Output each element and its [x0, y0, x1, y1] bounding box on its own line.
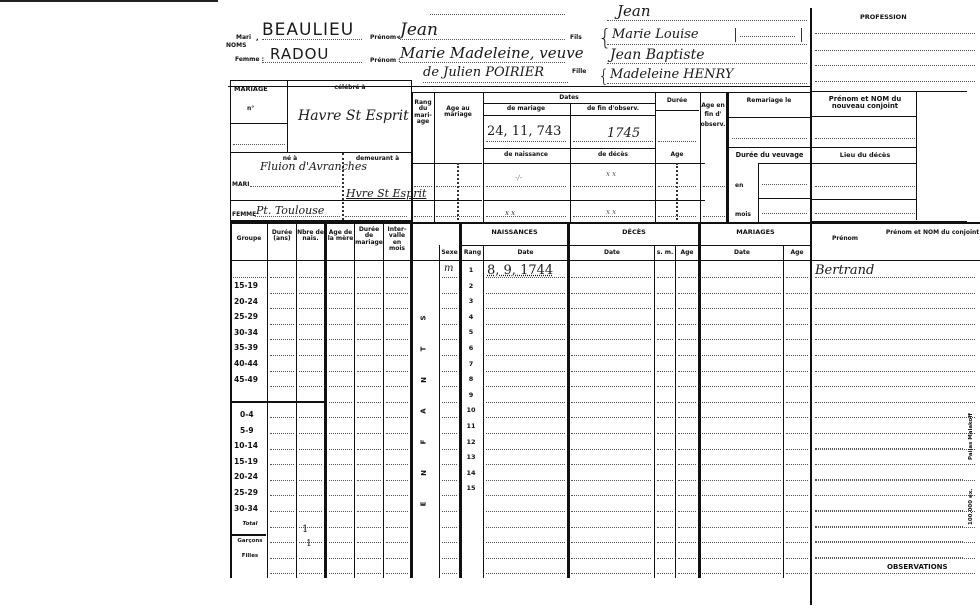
- entry-line[interactable]: [357, 480, 381, 481]
- entry-line[interactable]: [815, 339, 975, 340]
- entry-line[interactable]: [329, 495, 352, 496]
- entry-line[interactable]: [786, 495, 808, 496]
- fils-line3[interactable]: Jean Baptiste: [610, 47, 705, 63]
- entry-line[interactable]: [329, 449, 352, 450]
- entry-line[interactable]: [702, 339, 781, 340]
- entry-line[interactable]: [702, 542, 781, 543]
- child-1-sexe[interactable]: m: [444, 263, 453, 274]
- entry-line[interactable]: [270, 417, 294, 418]
- entry-line[interactable]: [442, 324, 457, 325]
- entry-line[interactable]: [442, 277, 457, 278]
- entry-line[interactable]: [299, 511, 322, 512]
- entry-line[interactable]: [329, 417, 352, 418]
- entry-line[interactable]: [657, 511, 673, 512]
- entry-line[interactable]: [678, 308, 696, 309]
- entry-line[interactable]: [702, 355, 781, 356]
- entry-line[interactable]: [702, 308, 781, 309]
- entry-line[interactable]: [815, 527, 975, 528]
- observation-line[interactable]: [815, 386, 963, 387]
- entry-line[interactable]: [299, 293, 322, 294]
- entry-line[interactable]: [386, 277, 408, 278]
- entry-line[interactable]: [786, 324, 808, 325]
- entry-line[interactable]: [786, 308, 808, 309]
- entry-line[interactable]: [657, 480, 673, 481]
- entry-line[interactable]: [678, 480, 696, 481]
- entry-line[interactable]: [678, 527, 696, 528]
- entry-line[interactable]: [678, 495, 696, 496]
- entry-line[interactable]: [329, 371, 352, 372]
- entry-line[interactable]: [657, 417, 673, 418]
- entry-line[interactable]: [657, 277, 673, 278]
- entry-line[interactable]: [442, 386, 457, 387]
- entry-line[interactable]: [486, 542, 565, 543]
- entry-line[interactable]: [486, 417, 565, 418]
- entry-line[interactable]: [270, 293, 294, 294]
- entry-line[interactable]: [299, 449, 322, 450]
- entry-line[interactable]: [678, 464, 696, 465]
- entry-line[interactable]: [702, 511, 781, 512]
- entry-line[interactable]: [678, 386, 696, 387]
- entry-line[interactable]: [299, 573, 322, 574]
- entry-line[interactable]: [357, 371, 381, 372]
- entry-line[interactable]: [357, 573, 381, 574]
- entry-line[interactable]: [442, 308, 457, 309]
- entry-line[interactable]: [386, 386, 408, 387]
- entry-line[interactable]: [678, 511, 696, 512]
- entry-line[interactable]: [657, 573, 673, 574]
- entry-line[interactable]: [386, 464, 408, 465]
- entry-line[interactable]: [299, 355, 322, 356]
- entry-line[interactable]: [657, 449, 673, 450]
- entry-line[interactable]: [486, 480, 565, 481]
- entry-line[interactable]: [571, 527, 651, 528]
- group-30-34: 30-34: [234, 328, 258, 337]
- observation-line[interactable]: [815, 464, 963, 465]
- entry-line[interactable]: [786, 573, 808, 574]
- entry-line[interactable]: [442, 542, 457, 543]
- entry-line[interactable]: [270, 480, 294, 481]
- entry-line[interactable]: [657, 386, 673, 387]
- entry-line[interactable]: [386, 339, 408, 340]
- entry-line[interactable]: [329, 293, 352, 294]
- entry-line[interactable]: [329, 324, 352, 325]
- entry-line[interactable]: [386, 308, 408, 309]
- entry-line[interactable]: [386, 293, 408, 294]
- col-duree: Durée (ans): [268, 230, 296, 243]
- entry-line[interactable]: [702, 277, 781, 278]
- entry-line[interactable]: [657, 433, 673, 434]
- entry-line[interactable]: [442, 558, 457, 559]
- garcons-nbre[interactable]: 1: [306, 539, 312, 549]
- group-25-29: 25-29: [234, 488, 258, 497]
- entry-line[interactable]: [270, 573, 294, 574]
- entry-line[interactable]: [786, 558, 808, 559]
- entry-line[interactable]: [657, 339, 673, 340]
- observation-line[interactable]: [815, 448, 963, 449]
- entry-line[interactable]: [486, 308, 565, 309]
- entry-line[interactable]: [657, 464, 673, 465]
- entry-line[interactable]: [329, 480, 352, 481]
- entry-line[interactable]: [815, 371, 975, 372]
- rang-3: 3: [465, 297, 477, 305]
- observations-label: OBSERVATIONS: [887, 563, 948, 571]
- celebre-label: célébré à: [300, 85, 400, 91]
- mari-demeurant[interactable]: Hvre St Esprit: [346, 187, 426, 200]
- entry-line[interactable]: [299, 386, 322, 387]
- entry-line[interactable]: [486, 339, 565, 340]
- mari-deces[interactable]: x x: [606, 170, 616, 178]
- entry-line[interactable]: [571, 355, 651, 356]
- femme-prenom[interactable]: Marie Madeleine, veuve: [400, 44, 584, 62]
- entry-line[interactable]: [571, 433, 651, 434]
- enfants-letter: E: [419, 502, 427, 507]
- entry-line[interactable]: [486, 449, 565, 450]
- fille-line[interactable]: Madeleine HENRY: [610, 67, 733, 82]
- entry-line[interactable]: [299, 480, 322, 481]
- observation-line[interactable]: [815, 417, 963, 418]
- entry-line[interactable]: [571, 480, 651, 481]
- entry-line[interactable]: [386, 542, 408, 543]
- entry-line[interactable]: [571, 371, 651, 372]
- entry-line[interactable]: [702, 464, 781, 465]
- entry-line[interactable]: [678, 371, 696, 372]
- entry-line[interactable]: [786, 511, 808, 512]
- entry-line[interactable]: [815, 449, 975, 450]
- entry-line[interactable]: [270, 464, 294, 465]
- entry-line[interactable]: [442, 339, 457, 340]
- entry-line[interactable]: [386, 324, 408, 325]
- entry-line[interactable]: [386, 417, 408, 418]
- entry-line[interactable]: [357, 355, 381, 356]
- entry-line[interactable]: [329, 355, 352, 356]
- femme-nom[interactable]: RADOU: [270, 45, 329, 63]
- entry-line[interactable]: [657, 402, 673, 403]
- entry-line[interactable]: [657, 558, 673, 559]
- entry-line[interactable]: [386, 449, 408, 450]
- entry-line[interactable]: [270, 527, 294, 528]
- entry-line[interactable]: [270, 371, 294, 372]
- entry-line[interactable]: [571, 277, 651, 278]
- entry-line[interactable]: [442, 293, 457, 294]
- entry-line[interactable]: [329, 511, 352, 512]
- entry-line[interactable]: [657, 495, 673, 496]
- entry-line[interactable]: [386, 527, 408, 528]
- entry-line[interactable]: [329, 402, 352, 403]
- entry-line[interactable]: [571, 339, 651, 340]
- entry-line[interactable]: [486, 371, 565, 372]
- entry-line[interactable]: [299, 339, 322, 340]
- entry-line[interactable]: [815, 511, 975, 512]
- entry-line[interactable]: [357, 277, 381, 278]
- entry-line[interactable]: [571, 558, 651, 559]
- entry-line[interactable]: [702, 495, 781, 496]
- entry-line[interactable]: [815, 324, 975, 325]
- entry-line[interactable]: [786, 417, 808, 418]
- entry-line[interactable]: [357, 402, 381, 403]
- entry-line[interactable]: [486, 464, 565, 465]
- observation-line[interactable]: [815, 510, 963, 511]
- entry-line[interactable]: [678, 542, 696, 543]
- child-1-prenom[interactable]: Bertrand: [815, 263, 874, 278]
- date-mariage[interactable]: 24, 11, 743: [487, 124, 561, 139]
- entry-line[interactable]: [357, 542, 381, 543]
- entry-line[interactable]: [329, 277, 352, 278]
- entry-line[interactable]: [786, 355, 808, 356]
- entry-line[interactable]: [657, 542, 673, 543]
- entry-line[interactable]: [571, 386, 651, 387]
- entry-line[interactable]: [299, 324, 322, 325]
- total-nbre[interactable]: 1: [302, 524, 308, 535]
- entry-line[interactable]: [357, 293, 381, 294]
- entry-line[interactable]: [657, 293, 673, 294]
- observation-line[interactable]: [815, 402, 963, 403]
- entry-line[interactable]: [329, 386, 352, 387]
- entry-line[interactable]: [270, 558, 294, 559]
- observation-line[interactable]: [815, 433, 963, 434]
- entry-line[interactable]: [357, 339, 381, 340]
- mari-nom[interactable]: BEAULIEU: [262, 20, 354, 40]
- entry-line[interactable]: [571, 293, 651, 294]
- entry-line[interactable]: [357, 527, 381, 528]
- entry-line[interactable]: [329, 464, 352, 465]
- entry-line[interactable]: [386, 495, 408, 496]
- entry-line[interactable]: [702, 558, 781, 559]
- entry-line[interactable]: [678, 324, 696, 325]
- entry-line[interactable]: [442, 417, 457, 418]
- entry-line[interactable]: [486, 433, 565, 434]
- entry-line[interactable]: [329, 339, 352, 340]
- femme-prenom-label: Prénom :: [370, 57, 401, 64]
- entry-line[interactable]: [442, 371, 457, 372]
- entry-line[interactable]: [299, 417, 322, 418]
- entry-line[interactable]: [571, 449, 651, 450]
- entry-line[interactable]: [486, 293, 565, 294]
- entry-line[interactable]: [571, 324, 651, 325]
- entry-line[interactable]: [270, 355, 294, 356]
- entry-line[interactable]: [442, 527, 457, 528]
- entry-line[interactable]: [386, 480, 408, 481]
- entry-line[interactable]: [815, 573, 975, 574]
- entry-line[interactable]: [386, 371, 408, 372]
- mari-ne-a[interactable]: Fluion d'Avranches: [260, 160, 367, 173]
- entry-line[interactable]: [442, 495, 457, 496]
- entry-line[interactable]: [357, 386, 381, 387]
- entry-line[interactable]: [486, 324, 565, 325]
- femme-deces[interactable]: x x: [606, 208, 616, 216]
- entry-line[interactable]: [386, 402, 408, 403]
- entry-line[interactable]: [299, 277, 322, 278]
- entry-line[interactable]: [786, 386, 808, 387]
- entry-line[interactable]: [702, 417, 781, 418]
- entry-line[interactable]: [815, 558, 975, 559]
- profession-divider: [810, 8, 812, 605]
- entry-line[interactable]: [678, 355, 696, 356]
- entry-line[interactable]: [815, 293, 975, 294]
- entry-line[interactable]: [386, 511, 408, 512]
- entry-line[interactable]: [329, 542, 352, 543]
- entry-line[interactable]: [357, 433, 381, 434]
- observation-line[interactable]: [815, 557, 963, 558]
- entry-line[interactable]: [357, 495, 381, 496]
- entry-line[interactable]: [786, 402, 808, 403]
- entry-line[interactable]: [786, 542, 808, 543]
- entry-line[interactable]: [270, 449, 294, 450]
- entry-line[interactable]: [678, 449, 696, 450]
- entry-line[interactable]: [233, 277, 266, 278]
- fils-label: Fils: [570, 34, 582, 41]
- entry-line[interactable]: [657, 527, 673, 528]
- entry-line[interactable]: [786, 371, 808, 372]
- entry-line[interactable]: [678, 293, 696, 294]
- entry-line[interactable]: [270, 511, 294, 512]
- entry-line[interactable]: [702, 449, 781, 450]
- entry-line[interactable]: [786, 449, 808, 450]
- entry-line[interactable]: [571, 308, 651, 309]
- entry-line[interactable]: [357, 558, 381, 559]
- entry-line[interactable]: [357, 324, 381, 325]
- entry-line[interactable]: [702, 573, 781, 574]
- observation-line[interactable]: [815, 495, 963, 496]
- entry-line[interactable]: [657, 355, 673, 356]
- entry-line[interactable]: [357, 511, 381, 512]
- entry-line[interactable]: [815, 480, 975, 481]
- entry-line[interactable]: [270, 339, 294, 340]
- entry-line[interactable]: [270, 495, 294, 496]
- entry-line[interactable]: [786, 433, 808, 434]
- entry-line[interactable]: [270, 308, 294, 309]
- entry-line[interactable]: [299, 371, 322, 372]
- entry-line[interactable]: [786, 527, 808, 528]
- entry-line[interactable]: [299, 558, 322, 559]
- entry-line[interactable]: [678, 339, 696, 340]
- entry-line[interactable]: [270, 324, 294, 325]
- date-fin-obs[interactable]: 1745: [607, 126, 640, 141]
- entry-line[interactable]: [571, 417, 651, 418]
- entry-line[interactable]: [702, 293, 781, 294]
- entry-line[interactable]: [299, 464, 322, 465]
- entry-line[interactable]: [442, 511, 457, 512]
- mari-prenom[interactable]: Jean: [400, 20, 438, 40]
- mariage-lieu[interactable]: Havre St Esprit: [298, 108, 409, 124]
- entry-line[interactable]: [486, 558, 565, 559]
- entry-line[interactable]: [270, 386, 294, 387]
- fils-line2[interactable]: Marie Louise: [612, 27, 699, 42]
- entry-line[interactable]: [270, 433, 294, 434]
- remariage-label: Remariage le: [729, 98, 809, 104]
- entry-line[interactable]: [329, 308, 352, 309]
- group-20-24: 20-24: [234, 297, 258, 306]
- entry-line[interactable]: [486, 527, 565, 528]
- entry-line[interactable]: [571, 573, 651, 574]
- entry-line[interactable]: [486, 386, 565, 387]
- group-15-19: 15-19: [234, 281, 258, 290]
- entry-line[interactable]: [786, 277, 808, 278]
- col-prenom: Prénom: [815, 236, 875, 242]
- entry-line[interactable]: [678, 402, 696, 403]
- entry-line[interactable]: [329, 527, 352, 528]
- entry-line[interactable]: [786, 480, 808, 481]
- entry-line[interactable]: [815, 355, 975, 356]
- entry-line[interactable]: [678, 573, 696, 574]
- mari-label: Mari: [236, 34, 251, 41]
- rang-11: 11: [465, 422, 477, 430]
- entry-line[interactable]: [678, 417, 696, 418]
- entry-line[interactable]: [571, 542, 651, 543]
- entry-line[interactable]: [386, 558, 408, 559]
- entry-line[interactable]: [702, 371, 781, 372]
- entry-line[interactable]: [386, 433, 408, 434]
- entry-line[interactable]: [678, 433, 696, 434]
- entry-line[interactable]: [442, 355, 457, 356]
- observation-line[interactable]: [815, 526, 963, 527]
- entry-line[interactable]: [357, 417, 381, 418]
- entry-line[interactable]: [357, 449, 381, 450]
- entry-line[interactable]: [657, 308, 673, 309]
- entry-line[interactable]: [357, 308, 381, 309]
- child-1-date-naissance[interactable]: 8, 9, 1744: [487, 263, 553, 278]
- fils-line1[interactable]: Jean: [617, 2, 651, 20]
- entry-line[interactable]: [486, 573, 565, 574]
- entry-line[interactable]: [299, 308, 322, 309]
- entry-line[interactable]: [442, 433, 457, 434]
- mari-naissance[interactable]: -/-: [515, 174, 522, 182]
- observation-line[interactable]: [815, 541, 963, 542]
- entry-line[interactable]: [270, 277, 294, 278]
- entry-line[interactable]: [270, 542, 294, 543]
- entry-line[interactable]: [657, 371, 673, 372]
- entry-line[interactable]: [815, 308, 975, 309]
- entry-line[interactable]: [702, 433, 781, 434]
- entry-line[interactable]: [678, 558, 696, 559]
- entry-line[interactable]: [486, 495, 565, 496]
- entry-line[interactable]: [571, 464, 651, 465]
- entry-line[interactable]: [815, 542, 975, 543]
- entry-line[interactable]: [442, 573, 457, 574]
- entry-line[interactable]: [786, 293, 808, 294]
- entry-line[interactable]: [702, 480, 781, 481]
- entry-line[interactable]: [329, 573, 352, 574]
- entry-line[interactable]: [786, 464, 808, 465]
- entry-line[interactable]: [357, 464, 381, 465]
- entry-line[interactable]: [702, 402, 781, 403]
- entry-line[interactable]: [657, 324, 673, 325]
- entry-line[interactable]: [329, 558, 352, 559]
- observation-line[interactable]: [815, 479, 963, 480]
- entry-line[interactable]: [486, 402, 565, 403]
- entry-line[interactable]: [786, 339, 808, 340]
- entry-line[interactable]: [702, 386, 781, 387]
- entry-line[interactable]: [329, 433, 352, 434]
- entry-line[interactable]: [678, 277, 696, 278]
- femme-parents[interactable]: de Julien POIRIER: [423, 65, 544, 80]
- entry-line[interactable]: [442, 464, 457, 465]
- entry-line[interactable]: [442, 402, 457, 403]
- entry-line[interactable]: [571, 511, 651, 512]
- entry-line[interactable]: [702, 527, 781, 528]
- entry-line[interactable]: [442, 480, 457, 481]
- entry-line[interactable]: [386, 573, 408, 574]
- entry-line[interactable]: [442, 449, 457, 450]
- entry-line[interactable]: [571, 495, 651, 496]
- entry-line[interactable]: [299, 495, 322, 496]
- entry-line[interactable]: [299, 433, 322, 434]
- entry-line[interactable]: [702, 324, 781, 325]
- entry-line[interactable]: [486, 355, 565, 356]
- entry-line[interactable]: [486, 511, 565, 512]
- entry-line[interactable]: [571, 402, 651, 403]
- entry-line[interactable]: [386, 355, 408, 356]
- femme-label: Femme :: [235, 56, 264, 63]
